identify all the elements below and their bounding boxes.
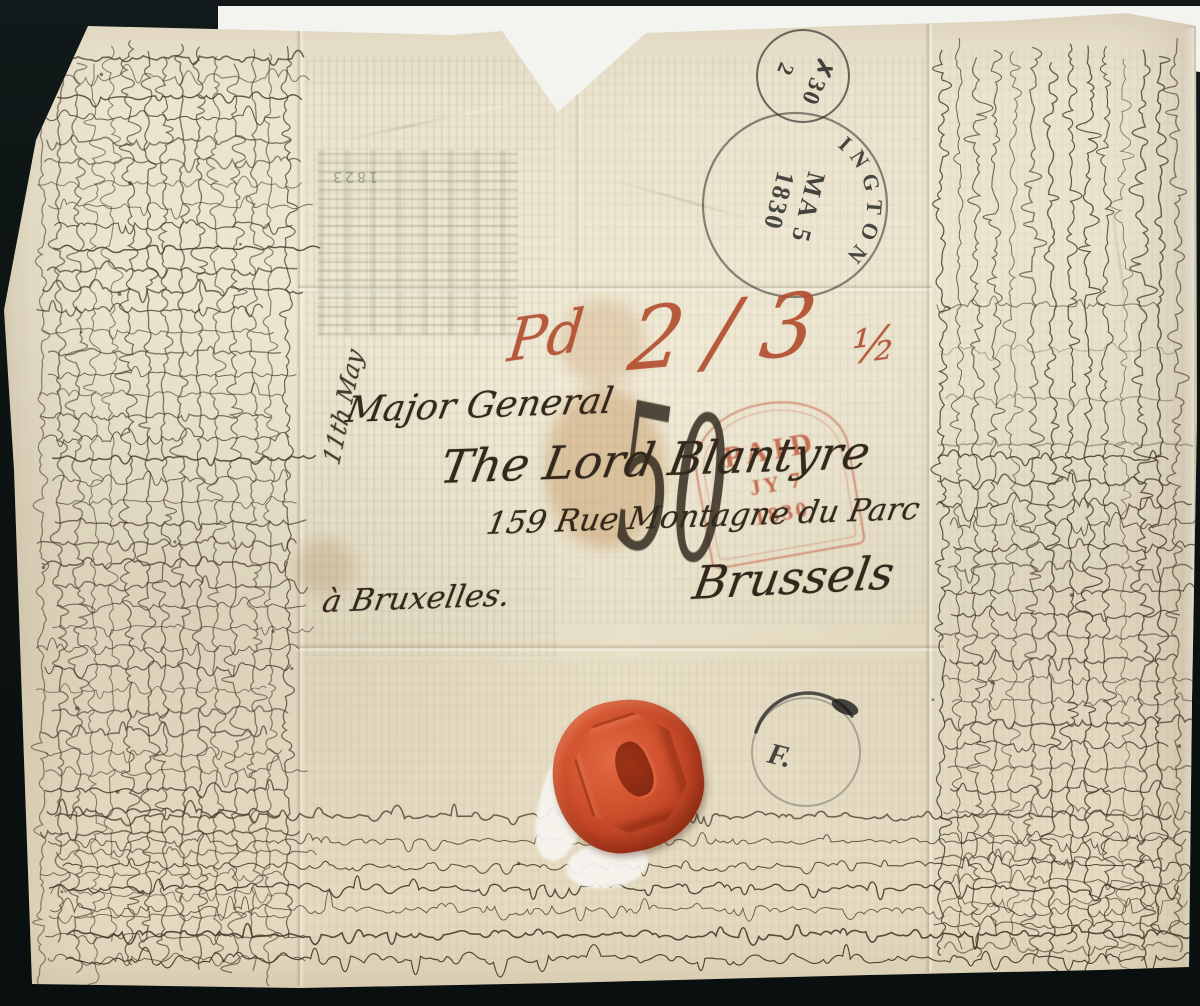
svg-text:2: 2 bbox=[772, 59, 799, 79]
wax-seal-impression bbox=[565, 703, 695, 842]
mileage-mark-postmark: ✗30 2 bbox=[743, 16, 863, 136]
svg-text:F.: F. bbox=[763, 737, 795, 775]
red-rate-initials: Pd bbox=[505, 295, 588, 375]
address-endorsement: à Bruxelles. bbox=[320, 578, 513, 620]
red-rate-fraction: ½ bbox=[850, 314, 898, 375]
svg-text:✗30: ✗30 bbox=[795, 54, 838, 110]
letter-photo: 1823 ✗30 2 bbox=[0, 0, 1200, 1006]
f-in-circle-mark: F. bbox=[752, 693, 861, 806]
address-city: Brussels bbox=[689, 546, 898, 610]
wax-seal-motif bbox=[607, 737, 661, 802]
folded-letter-sheet: 1823 ✗30 2 bbox=[0, 0, 1200, 1006]
